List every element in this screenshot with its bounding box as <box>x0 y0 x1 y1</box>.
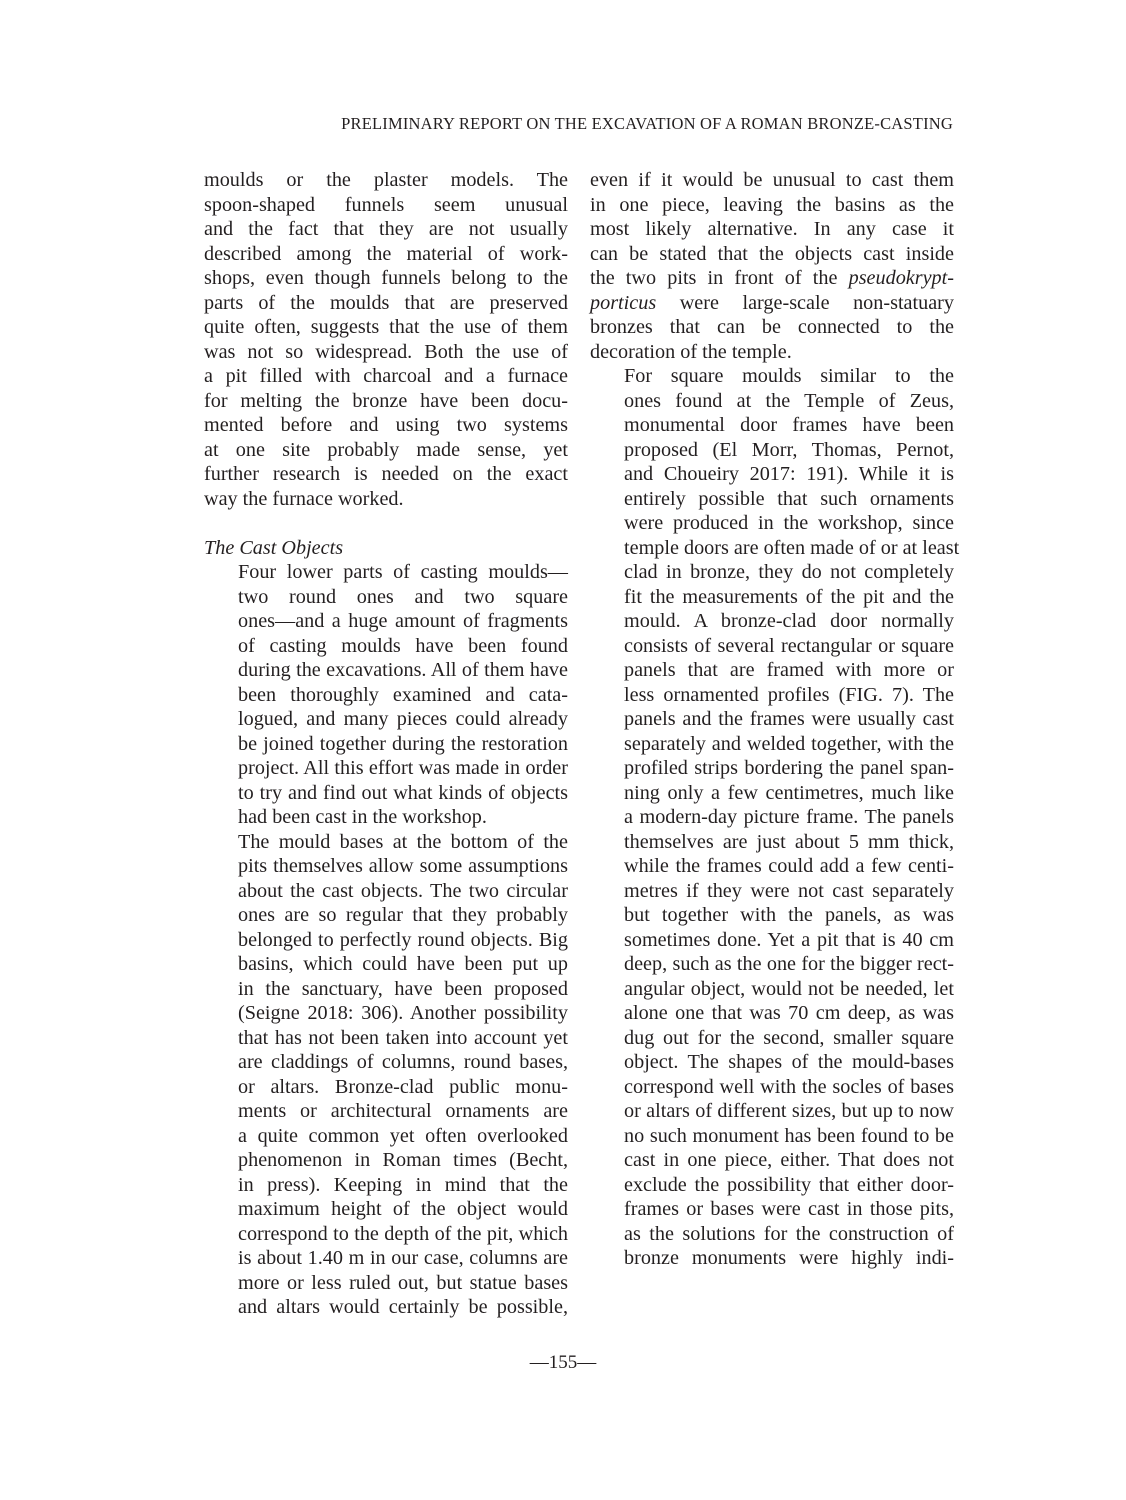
text-line: quite often, suggests that the use of th… <box>204 315 568 340</box>
text-line: can be stated that the objects cast insi… <box>590 242 954 267</box>
text-line: even if it would be unusual to cast them <box>590 168 954 193</box>
text-line: as the solutions for the construction of <box>590 1222 954 1247</box>
text-line: shops, even though funnels belong to the <box>204 266 568 291</box>
text-line: monumental door frames have been <box>590 413 954 438</box>
text-line: be joined together during the restoratio… <box>204 732 568 757</box>
text-line: panels and the frames were usually cast <box>590 707 954 732</box>
paragraph-funnels: moulds or the plaster models. Thespoon-s… <box>204 168 568 511</box>
italic-term: pseudokrypt- <box>849 267 954 289</box>
text-line: spoon-shaped funnels seem unusual <box>204 193 568 218</box>
text-line: of casting moulds have been found <box>204 634 568 659</box>
text-line: and Choueiry 2017: 191). While it is <box>590 462 954 487</box>
text-line: parts of the moulds that are preserved <box>204 291 568 316</box>
text-line: are claddings of columns, round bases, <box>204 1050 568 1075</box>
text-line: angular object, would not be needed, let <box>590 977 954 1002</box>
left-column: moulds or the plaster models. Thespoon-s… <box>204 168 568 1320</box>
text-line: during the excavations. All of them have <box>204 658 568 683</box>
text-line: phenomenon in Roman times (Becht, <box>204 1148 568 1173</box>
text-line: the two pits in front of the pseudokrypt… <box>590 266 954 291</box>
text-line: ning only a few centimetres, much like <box>590 781 954 806</box>
text-line: pits themselves allow some assumptions <box>204 854 568 879</box>
text-line: but together with the panels, as was <box>590 903 954 928</box>
text-line: to try and find out what kinds of object… <box>204 781 568 806</box>
text-line: (Seigne 2018: 306). Another possibility <box>204 1001 568 1026</box>
text-line: object. The shapes of the mould-bases <box>590 1050 954 1075</box>
text-line: were produced in the workshop, since <box>590 511 954 536</box>
text-line: most likely alternative. In any case it <box>590 217 954 242</box>
text-line: separately and welded together, with the <box>590 732 954 757</box>
paragraph-door-frames: For square moulds similar to theones fou… <box>590 364 954 1271</box>
right-column: even if it would be unusual to cast them… <box>590 168 954 1271</box>
text-line: or altars of different sizes, but up to … <box>590 1099 954 1124</box>
text-line: cast in one piece, either. That does not <box>590 1148 954 1173</box>
text-line: The mould bases at the bottom of the <box>204 830 568 855</box>
text-line: For square moulds similar to the <box>590 364 954 389</box>
text-line: a modern-day picture frame. The panels <box>590 805 954 830</box>
text-line: ments or architectural ornaments are <box>204 1099 568 1124</box>
text-line: had been cast in the workshop. <box>204 805 568 830</box>
text-line: or altars. Bronze-clad public monu- <box>204 1075 568 1100</box>
text-line: no such monument has been found to be <box>590 1124 954 1149</box>
text-line: project. All this effort was made in ord… <box>204 756 568 781</box>
text-line: while the frames could add a few centi- <box>590 854 954 879</box>
text-line: in press). Keeping in mind that the <box>204 1173 568 1198</box>
text-line: logued, and many pieces could already <box>204 707 568 732</box>
text-line: consists of several rectangular or squar… <box>590 634 954 659</box>
text-line: ones are so regular that they probably <box>204 903 568 928</box>
text-line: temple doors are often made of or at lea… <box>590 536 954 561</box>
text-line: ones found at the Temple of Zeus, <box>590 389 954 414</box>
text-line: exclude the possibility that either door… <box>590 1173 954 1198</box>
text-line: at one site probably made sense, yet <box>204 438 568 463</box>
text-line: a pit filled with charcoal and a furnace <box>204 364 568 389</box>
text-line: way the furnace worked. <box>204 487 568 512</box>
text-line: entirely possible that such ornaments <box>590 487 954 512</box>
text-line: alone one that was 70 cm deep, as was <box>590 1001 954 1026</box>
text-line: deep, such as the one for the bigger rec… <box>590 952 954 977</box>
text-line: and the fact that they are not usually <box>204 217 568 242</box>
text-line: more or less ruled out, but statue bases <box>204 1271 568 1296</box>
text-line: dug out for the second, smaller square <box>590 1026 954 1051</box>
text-line: sometimes done. Yet a pit that is 40 cm <box>590 928 954 953</box>
text-line: a quite common yet often overlooked <box>204 1124 568 1149</box>
text-line: was not so widespread. Both the use of <box>204 340 568 365</box>
text-line: been thoroughly examined and cata- <box>204 683 568 708</box>
text-line: proposed (El Morr, Thomas, Pernot, <box>590 438 954 463</box>
text-line: moulds or the plaster models. The <box>204 168 568 193</box>
text-line: in the sanctuary, have been proposed <box>204 977 568 1002</box>
text-line: porticus were large-scale non-statuary <box>590 291 954 316</box>
text-line: is about 1.40 m in our case, columns are <box>204 1246 568 1271</box>
text-line: described among the material of work- <box>204 242 568 267</box>
section-heading: The Cast Objects <box>204 536 568 561</box>
italic-term: porticus <box>590 292 656 314</box>
text-line: mented before and using two systems <box>204 413 568 438</box>
text-line: correspond well with the socles of bases <box>590 1075 954 1100</box>
page-number: —155— <box>0 1352 1126 1374</box>
text-line: correspond to the depth of the pit, whic… <box>204 1222 568 1247</box>
text-line: about the cast objects. The two circular <box>204 879 568 904</box>
text-line: less ornamented profiles (FIG. 7). The <box>590 683 954 708</box>
text-line: bronze monuments were highly indi- <box>590 1246 954 1271</box>
text-line: metres if they were not cast separately <box>590 879 954 904</box>
paragraph-cast-objects: Four lower parts of casting moulds—two r… <box>204 560 568 830</box>
text-line: basins, which could have been put up <box>204 952 568 977</box>
text-line: mould. A bronze-clad door normally <box>590 609 954 634</box>
text-line: further research is needed on the exact <box>204 462 568 487</box>
text-line: clad in bronze, they do not completely <box>590 560 954 585</box>
text-line: bronzes that can be connected to the <box>590 315 954 340</box>
text-line: themselves are just about 5 mm thick, <box>590 830 954 855</box>
text-line: profiled strips bordering the panel span… <box>590 756 954 781</box>
text-line: in one piece, leaving the basins as the <box>590 193 954 218</box>
text-line: frames or bases were cast in those pits, <box>590 1197 954 1222</box>
text-line: and altars would certainly be possible, <box>204 1295 568 1320</box>
paragraph-basins: even if it would be unusual to cast them… <box>590 168 954 364</box>
text-line: panels that are framed with more or <box>590 658 954 683</box>
text-line: two round ones and two square <box>204 585 568 610</box>
text-line: fit the measurements of the pit and the <box>590 585 954 610</box>
text-line: Four lower parts of casting moulds— <box>204 560 568 585</box>
text-line: for melting the bronze have been docu- <box>204 389 568 414</box>
text-line: belonged to perfectly round objects. Big <box>204 928 568 953</box>
text-line: ones—and a huge amount of fragments <box>204 609 568 634</box>
text-line: decoration of the temple. <box>590 340 954 365</box>
text-line: maximum height of the object would <box>204 1197 568 1222</box>
running-head: PRELIMINARY REPORT ON THE EXCAVATION OF … <box>200 114 953 134</box>
text-line: that has not been taken into account yet <box>204 1026 568 1051</box>
paragraph-mould-bases: The mould bases at the bottom of thepits… <box>204 830 568 1320</box>
